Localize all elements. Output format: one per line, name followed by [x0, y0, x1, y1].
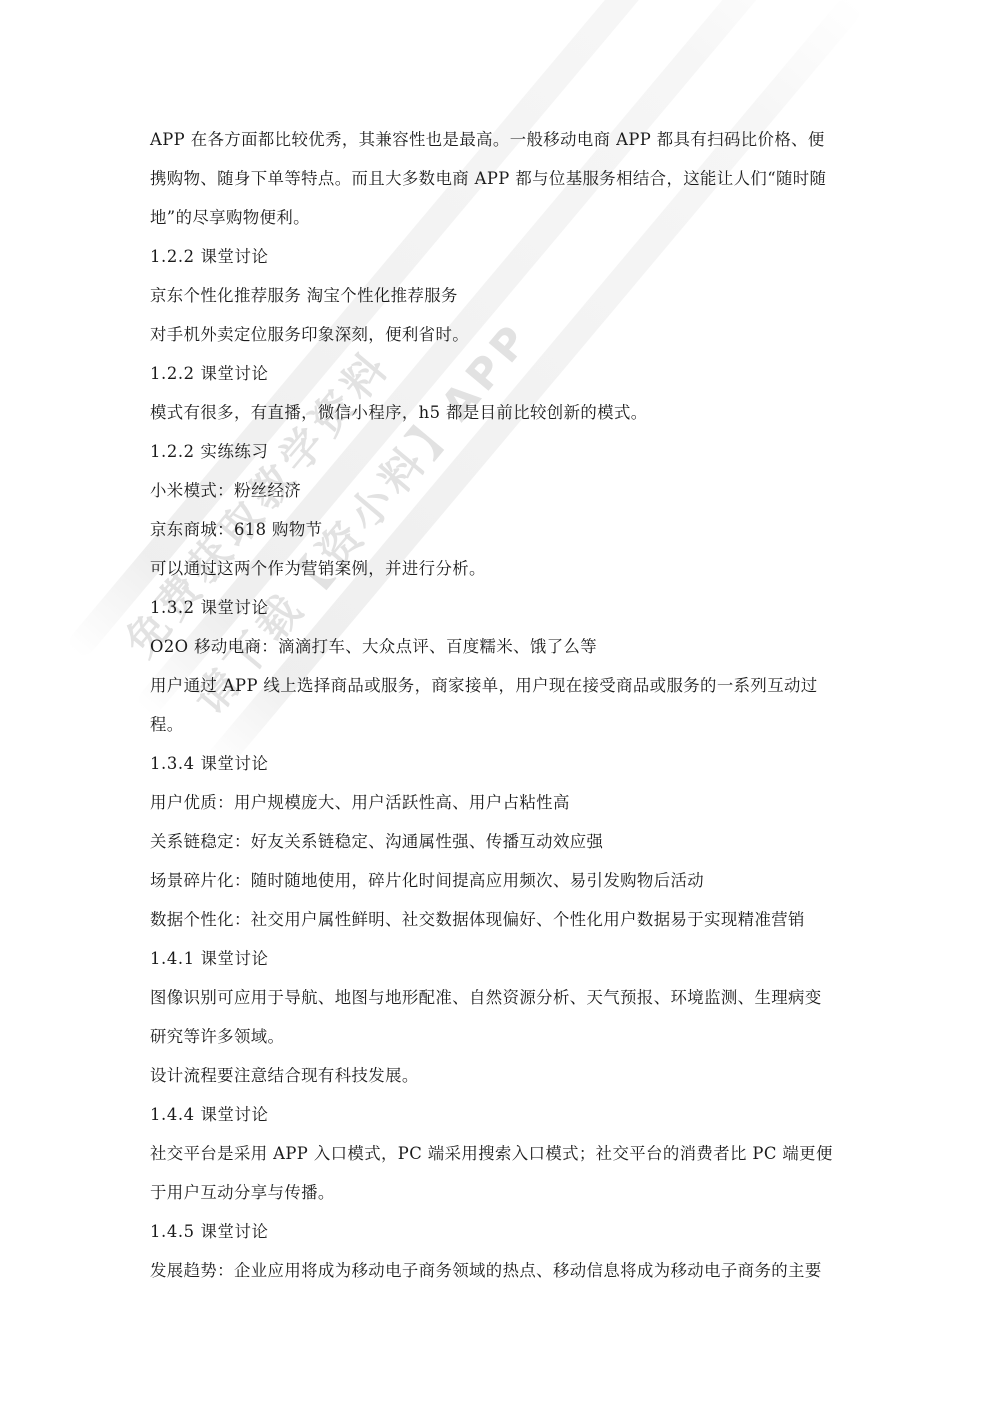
paragraph-line: 用户优质：用户规模庞大、用户活跃性高、用户占粘性高 — [150, 791, 850, 830]
paragraph-line: 京东个性化推荐服务 淘宝个性化推荐服务 — [150, 284, 850, 323]
paragraph-line: 发展趋势：企业应用将成为移动电子商务领域的热点、移动信息将成为移动电子商务的主要 — [150, 1259, 850, 1298]
paragraph-line: 于用户互动分享与传播。 — [150, 1181, 850, 1220]
section-heading: 1.3.2 课堂讨论 — [150, 596, 850, 635]
document-page: 免费获取教学资料 请下载【资小料】APP APP 在各方面都比较优秀，其兼容性也… — [0, 0, 993, 1404]
paragraph-line: 用户通过 APP 线上选择商品或服务，商家接单，用户现在接受商品或服务的一系列互… — [150, 674, 850, 713]
section-heading: 1.4.4 课堂讨论 — [150, 1103, 850, 1142]
paragraph-line: 设计流程要注意结合现有科技发展。 — [150, 1064, 850, 1103]
paragraph-line: 关系链稳定：好友关系链稳定、沟通属性强、传播互动效应强 — [150, 830, 850, 869]
section-heading: 1.4.1 课堂讨论 — [150, 947, 850, 986]
document-body: APP 在各方面都比较优秀，其兼容性也是最高。一般移动电商 APP 都具有扫码比… — [150, 128, 850, 1298]
paragraph-line: 地”的尽享购物便利。 — [150, 206, 850, 245]
paragraph-line: 携购物、随身下单等特点。而且大多数电商 APP 都与位基服务相结合，这能让人们“… — [150, 167, 850, 206]
section-heading: 1.4.5 课堂讨论 — [150, 1220, 850, 1259]
paragraph-line: 程。 — [150, 713, 850, 752]
section-heading: 1.2.2 课堂讨论 — [150, 245, 850, 284]
paragraph-line: 对手机外卖定位服务印象深刻，便利省时。 — [150, 323, 850, 362]
paragraph-line: 模式有很多，有直播，微信小程序，h5 都是目前比较创新的模式。 — [150, 401, 850, 440]
paragraph-line: APP 在各方面都比较优秀，其兼容性也是最高。一般移动电商 APP 都具有扫码比… — [150, 128, 850, 167]
paragraph-line: 小米模式：粉丝经济 — [150, 479, 850, 518]
section-heading: 1.2.2 实练练习 — [150, 440, 850, 479]
paragraph-line: 京东商城：618 购物节 — [150, 518, 850, 557]
paragraph-line: 图像识别可应用于导航、地图与地形配准、自然资源分析、天气预报、环境监测、生理病变 — [150, 986, 850, 1025]
paragraph-line: 场景碎片化：随时随地使用，碎片化时间提高应用频次、易引发购物后活动 — [150, 869, 850, 908]
paragraph-line: 数据个性化：社交用户属性鲜明、社交数据体现偏好、个性化用户数据易于实现精准营销 — [150, 908, 850, 947]
paragraph-line: O2O 移动电商：滴滴打车、大众点评、百度糯米、饿了么等 — [150, 635, 850, 674]
paragraph-line: 社交平台是采用 APP 入口模式，PC 端采用搜索入口模式；社交平台的消费者比 … — [150, 1142, 850, 1181]
paragraph-line: 研究等许多领域。 — [150, 1025, 850, 1064]
paragraph-line: 可以通过这两个作为营销案例，并进行分析。 — [150, 557, 850, 596]
section-heading: 1.3.4 课堂讨论 — [150, 752, 850, 791]
section-heading: 1.2.2 课堂讨论 — [150, 362, 850, 401]
